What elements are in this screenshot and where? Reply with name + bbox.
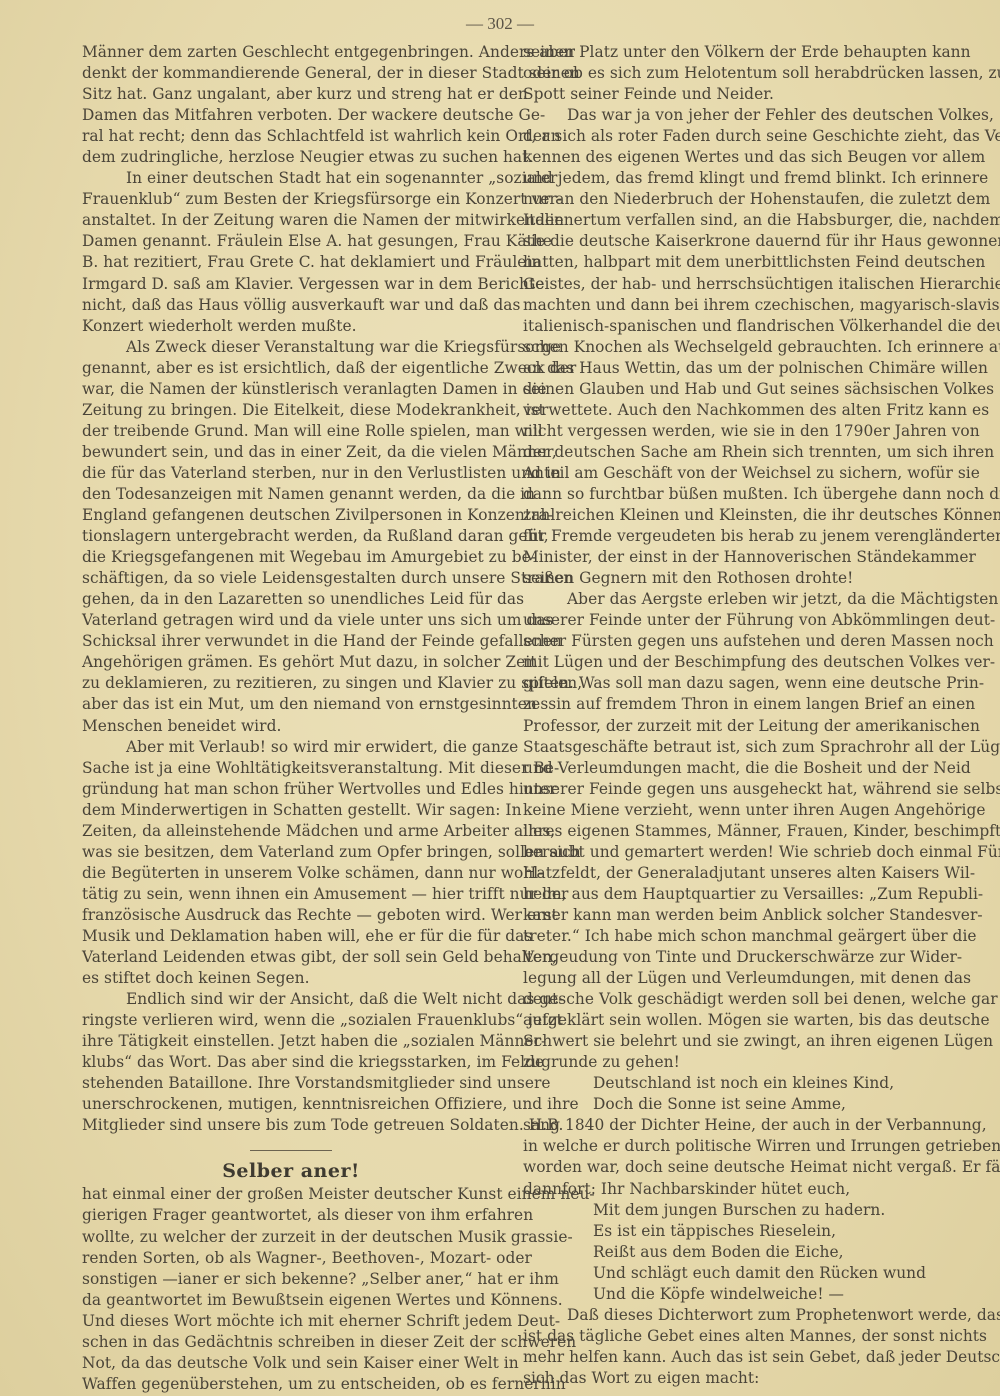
text-line: Das war ja von jeher der Fehler des deut… [523, 105, 944, 126]
text-line: keine Miene verzieht, wenn unter ihren A… [523, 800, 944, 821]
text-line: Männer dem zarten Geschlecht entgegenbri… [82, 42, 500, 63]
section-divider [250, 1150, 332, 1151]
text-line: nicht vergessen werden, wie sie in den 1… [523, 421, 944, 442]
text-line: scher Fürsten gegen uns aufstehen und de… [523, 631, 944, 652]
text-line: gehen, da in den Lazaretten so unendlich… [82, 589, 500, 610]
text-line: Frauenklub“ zum Besten der Kriegsfürsorg… [82, 189, 500, 210]
verse-line: Und schlägt euch damit den Rücken wund [523, 1263, 944, 1284]
text-line: unserer Feinde unter der Führung von Abk… [523, 610, 944, 631]
text-line: Schwert sie belehrt und sie zwingt, an i… [523, 1031, 944, 1052]
text-line: helm, aus dem Hauptquartier zu Versaille… [523, 884, 944, 905]
text-line: schen in das Gedächtnis schreiben in die… [82, 1332, 500, 1353]
text-line: oder ob es sich zum Helotentum soll hera… [523, 63, 944, 84]
right-column: seinen Platz unter den Völkern der Erde … [523, 42, 944, 1389]
text-line: Vaterland Leidenden etwas gibt, der soll… [82, 947, 500, 968]
text-line: aber das ist ein Mut, um den niemand von… [82, 694, 500, 715]
text-line: verwettete. Auch den Nachkommen des alte… [523, 400, 944, 421]
text-line: schäftigen, da so viele Leidensgestalten… [82, 568, 500, 589]
text-line: sang 1840 der Dichter Heine, der auch in… [523, 1115, 944, 1136]
text-line: ral hat recht; denn das Schlachtfeld ist… [82, 126, 500, 147]
text-line: sich das Wort zu eigen macht: [523, 1368, 944, 1389]
text-line: Professor, der zurzeit mit der Leitung d… [523, 716, 944, 737]
article-selber-aner-left: hat einmal einer der großen Meister deut… [82, 1184, 500, 1394]
text-line: Schicksal ihrer verwundet in die Hand de… [82, 631, 500, 652]
text-line: Menschen beneidet wird. [82, 716, 500, 737]
text-line: tionslagern untergebracht werden, da Ruß… [82, 526, 500, 547]
text-line: Hatzfeldt, der Generaladjutant unseres a… [523, 863, 944, 884]
text-line: Aber mit Verlaub! so wird mir erwidert, … [82, 737, 500, 758]
text-line: der deutschen Sache am Rhein sich trennt… [523, 442, 944, 463]
text-line: legung all der Lügen und Verleumdungen, … [523, 968, 944, 989]
text-line: die Kriegsgefangenen mit Wegebau im Amur… [82, 547, 500, 568]
text-line: bewundert sein, und das in einer Zeit, d… [82, 442, 500, 463]
text-line: war, die Namen der künstlerisch veranlag… [82, 379, 500, 400]
text-line: italienisch-spanischen und flandrischen … [523, 316, 944, 337]
text-line: Vaterland getragen wird und da viele unt… [82, 610, 500, 631]
text-line: Daß dieses Dichterwort zum Prophetenwort… [523, 1305, 944, 1326]
text-line: zu deklamieren, zu rezitieren, zu singen… [82, 673, 500, 694]
text-line: stehenden Bataillone. Ihre Vorstandsmitg… [82, 1073, 500, 1094]
text-line: Damen genannt. Fräulein Else A. hat gesu… [82, 231, 500, 252]
text-line: die Begüterten in unserem Volke schämen,… [82, 863, 500, 884]
text-line: und Verleumdungen macht, die die Bosheit… [523, 758, 944, 779]
text-line: renden Sorten, ob als Wagner-, Beethoven… [82, 1248, 500, 1269]
text-line: was sie besitzen, dem Vaterland zum Opfe… [82, 842, 500, 863]
text-line: anstaltet. In der Zeitung waren die Name… [82, 210, 500, 231]
text-line: Italienertum verfallen sind, an die Habs… [523, 210, 944, 231]
text-line: In einer deutschen Stadt hat ein sogenan… [82, 168, 500, 189]
text-line: Zeiten, da alleinstehende Mädchen und ar… [82, 821, 500, 842]
text-line: Aber das Aergste erleben wir jetzt, da d… [523, 589, 944, 610]
text-line: hat einmal einer der großen Meister deut… [82, 1184, 500, 1205]
text-line: Und dieses Wort möchte ich mit eherner S… [82, 1311, 500, 1332]
text-line: Konzert wiederholt werden mußte. [82, 316, 500, 337]
text-line: kaner kann man werden beim Anblick solch… [523, 905, 944, 926]
verse-lead-line: dannfort: Ihr Nachbarskinder hütet euch, [523, 1179, 944, 1200]
left-column: Männer dem zarten Geschlecht entgegenbri… [82, 42, 500, 1395]
text-line: unerschrockenen, mutigen, kenntnisreiche… [82, 1094, 500, 1115]
text-line: ihres eigenen Stammes, Männer, Frauen, K… [523, 821, 944, 842]
text-line: in welche er durch politische Wirren und… [523, 1136, 944, 1157]
verse-line: Mit dem jungen Burschen zu hadern. [523, 1200, 944, 1221]
text-line: aufgeklärt sein wollen. Mögen sie warten… [523, 1010, 944, 1031]
text-line: Minister, der einst in der Hannoverische… [523, 547, 944, 568]
text-line: dem zudringliche, herzlose Neugier etwas… [82, 147, 500, 168]
text-line: sie die deutsche Kaiserkrone dauernd für… [523, 231, 944, 252]
article-title-selber-aner: Selber aner! [82, 1158, 500, 1184]
text-line: schen Knochen als Wechselgeld gebrauchte… [523, 337, 944, 358]
text-line: seinen Platz unter den Völkern der Erde … [523, 42, 944, 63]
text-line: dem Minderwertigen in Schatten gestellt.… [82, 800, 500, 821]
text-line: Not, da das deutsche Volk und sein Kaise… [82, 1353, 500, 1374]
text-line: dann so furchtbar büßen mußten. Ich über… [523, 484, 944, 505]
text-line: deutsche Volk geschädigt werden soll bei… [523, 989, 944, 1010]
text-line: Musik und Deklamation haben will, ehe er… [82, 926, 500, 947]
text-line: ihre Tätigkeit einstellen. Jetzt haben d… [82, 1031, 500, 1052]
text-line: Staatsgeschäfte betraut ist, sich zum Sp… [523, 737, 944, 758]
text-line: gründung hat man schon früher Wertvolles… [82, 779, 500, 800]
text-line: es stiftet doch keinen Segen. [82, 968, 500, 989]
text-line: der sich als roter Faden durch seine Ges… [523, 126, 944, 147]
verse-heine-2: Mit dem jungen Burschen zu hadern.Es ist… [523, 1200, 944, 1305]
text-line: Angehörigen grämen. Es gehört Mut dazu, … [82, 652, 500, 673]
text-line: seinen Glauben und Hab und Gut seines sä… [523, 379, 944, 400]
verse-heine-1: Deutschland ist noch ein kleines Kind,Do… [523, 1073, 944, 1115]
verse-line: Deutschland ist noch ein kleines Kind, [523, 1073, 944, 1094]
text-line: da geantwortet im Bewußtsein eigenen Wer… [82, 1290, 500, 1311]
text-line: seinen Gegnern mit den Rothosen drohte! [523, 568, 944, 589]
text-line: kennen des eigenen Wertes und das sich B… [523, 147, 944, 168]
text-line: französische Ausdruck das Rechte — gebot… [82, 905, 500, 926]
text-line: denkt der kommandierende General, der in… [82, 63, 500, 84]
text-line: zessin auf fremdem Thron in einem langen… [523, 694, 944, 715]
text-line: nur an den Niederbruch der Hohenstaufen,… [523, 189, 944, 210]
text-line: nicht, daß das Haus völlig ausverkauft w… [82, 295, 500, 316]
text-line: Sache ist ja eine Wohltätigkeitsveransta… [82, 758, 500, 779]
text-line: mit Lügen und der Beschimpfung des deuts… [523, 652, 944, 673]
text-line: Geistes, der hab- und herrschsüchtigen i… [523, 274, 944, 295]
text-line: für Fremde vergeudeten bis herab zu jene… [523, 526, 944, 547]
text-line: Vergeudung von Tinte und Druckerschwärze… [523, 947, 944, 968]
text-line: der treibende Grund. Man will eine Rolle… [82, 421, 500, 442]
text-line: beraubt und gemartert werden! Wie schrie… [523, 842, 944, 863]
verse-line: Und die Köpfe windelweiche! — [523, 1284, 944, 1305]
text-line: worden war, doch seine deutsche Heimat n… [523, 1157, 944, 1178]
text-line: giften. Was soll man dazu sagen, wenn ei… [523, 673, 944, 694]
verse-line: Doch die Sonne ist seine Amme, [523, 1094, 944, 1115]
text-line: Sitz hat. Ganz ungalant, aber kurz und s… [82, 84, 500, 105]
text-line: ringste verlieren wird, wenn die „sozial… [82, 1010, 500, 1031]
text-line: unserer Feinde gegen uns ausgeheckt hat,… [523, 779, 944, 800]
text-line: gierigen Frager geantwortet, als dieser … [82, 1205, 500, 1226]
text-line: tätig zu sein, wenn ihnen ein Amusement … [82, 884, 500, 905]
prose-closing: Daß dieses Dichterwort zum Prophetenwort… [523, 1305, 944, 1389]
text-line: die für das Vaterland sterben, nur in de… [82, 463, 500, 484]
text-line: zugrunde zu gehen! [523, 1052, 944, 1073]
text-line: klubs“ das Wort. Das aber sind die krieg… [82, 1052, 500, 1073]
text-line: Anteil am Geschäft von der Weichsel zu s… [523, 463, 944, 484]
text-line: ist das tägliche Gebet eines alten Manne… [523, 1326, 944, 1347]
text-line: Mitglieder sind unsere bis zum Tode getr… [82, 1115, 500, 1136]
text-line: Spott seiner Feinde und Neider. [523, 84, 944, 105]
text-line: mehr helfen kann. Auch das ist sein Gebe… [523, 1347, 944, 1368]
article-soziale-frauenklubs: Männer dem zarten Geschlecht entgegenbri… [82, 42, 500, 1136]
verse-line: Es ist ein täppisches Rieselein, [523, 1221, 944, 1242]
text-line: sonstigen —ianer er sich bekenne? „Selbe… [82, 1269, 500, 1290]
prose-heine-context: sang 1840 der Dichter Heine, der auch in… [523, 1115, 944, 1178]
text-line: den Todesanzeigen mit Namen genannt werd… [82, 484, 500, 505]
text-line: und jedem, das fremd klingt und fremd bl… [523, 168, 944, 189]
text-line: B. hat rezitiert, Frau Grete C. hat dekl… [82, 252, 500, 273]
text-line: Irmgard D. saß am Klavier. Vergessen war… [82, 274, 500, 295]
text-line: hatten, halbpart mit dem unerbittlichste… [523, 252, 944, 273]
text-line: wollte, zu welcher der zurzeit in der de… [82, 1227, 500, 1248]
text-line: treter.“ Ich habe mich schon manchmal ge… [523, 926, 944, 947]
verse-line: Reißt aus dem Boden die Eiche, [523, 1242, 944, 1263]
text-line: Damen das Mitfahren verboten. Der wacker… [82, 105, 500, 126]
text-line: Waffen gegenüberstehen, um zu entscheide… [82, 1374, 500, 1395]
text-line: Endlich sind wir der Ansicht, daß die We… [82, 989, 500, 1010]
text-line: genannt, aber es ist ersichtlich, daß de… [82, 358, 500, 379]
text-line: Zeitung zu bringen. Die Eitelkeit, diese… [82, 400, 500, 421]
text-line: machten und dann bei ihrem czechischen, … [523, 295, 944, 316]
text-line: an das Haus Wettin, das um der polnische… [523, 358, 944, 379]
page-number: — 302 — [0, 14, 1000, 34]
text-line: England gefangenen deutschen Zivilperson… [82, 505, 500, 526]
text-line: zahlreichen Kleinen und Kleinsten, die i… [523, 505, 944, 526]
text-line: Als Zweck dieser Veranstaltung war die K… [82, 337, 500, 358]
article-selber-aner-continued: seinen Platz unter den Völkern der Erde … [523, 42, 944, 1073]
